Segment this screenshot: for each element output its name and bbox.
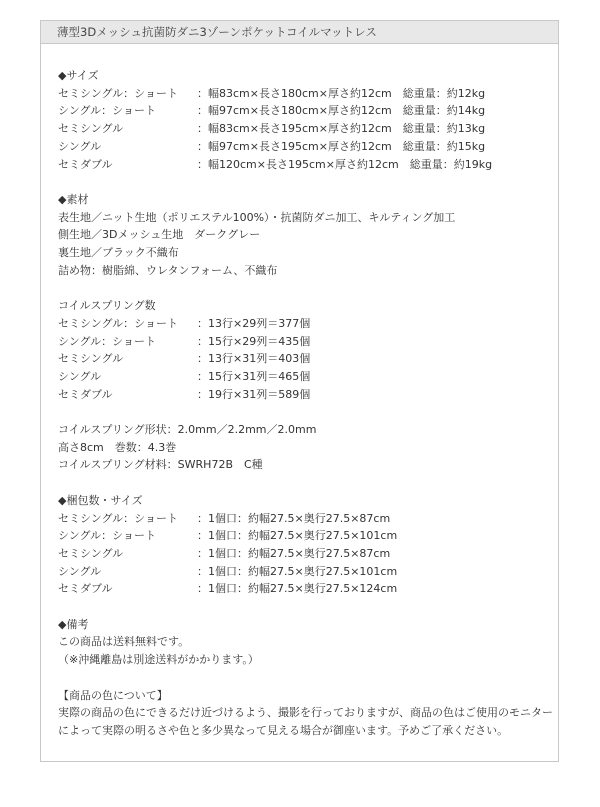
section-heading-packaging: ◆梱包数・サイズ bbox=[58, 492, 558, 510]
packaging-row: セミシングル ：1個口：約幅27.5×奥行27.5×87cm bbox=[58, 545, 558, 563]
section-heading-notes: ◆備考 bbox=[58, 616, 558, 634]
coil-spec-line: コイルスプリング形状：2.0mm／2.2mm／2.0mm bbox=[58, 421, 558, 439]
coil-count-value: ：13行×31列＝403個 bbox=[197, 350, 558, 368]
packaging-value: ：1個口：約幅27.5×奥行27.5×101cm bbox=[197, 527, 558, 545]
size-row-value: ：幅83cm×長さ195cm×厚さ約12cm 総重量：約13kg bbox=[197, 120, 558, 138]
size-row: セミシングル ：幅83cm×長さ195cm×厚さ約12cm 総重量：約13kg bbox=[58, 120, 558, 138]
packaging-row: シングル：ショート ：1個口：約幅27.5×奥行27.5×101cm bbox=[58, 527, 558, 545]
section-heading-color-notice: 【商品の色について】 bbox=[58, 687, 558, 705]
size-row-value: ：幅83cm×長さ180cm×厚さ約12cm 総重量：約12kg bbox=[197, 85, 558, 103]
coil-spec-line: 高さ8cm 巻数：4.3巻 bbox=[58, 439, 558, 457]
coil-count-value: ：19行×31列＝589個 bbox=[197, 386, 558, 404]
size-row-value: ：幅120cm×長さ195cm×厚さ約12cm 総重量：約19kg bbox=[197, 156, 558, 174]
packaging-value: ：1個口：約幅27.5×奥行27.5×101cm bbox=[197, 563, 558, 581]
packaging-row: セミダブル ：1個口：約幅27.5×奥行27.5×124cm bbox=[58, 580, 558, 598]
packaging-row: シングル ：1個口：約幅27.5×奥行27.5×101cm bbox=[58, 563, 558, 581]
size-row-label: セミダブル bbox=[58, 156, 197, 174]
size-row: シングル ：幅97cm×長さ195cm×厚さ約12cm 総重量：約15kg bbox=[58, 138, 558, 156]
material-line: 表生地／ニット生地（ポリエステル100%）・抗菌防ダニ加工、キルティング加工 bbox=[58, 209, 558, 227]
material-line: 側生地／3Dメッシュ生地 ダークグレー bbox=[58, 226, 558, 244]
coil-spec-line: コイルスプリング材料：SWRH72B C種 bbox=[58, 456, 558, 474]
material-section: ◆素材 表生地／ニット生地（ポリエステル100%）・抗菌防ダニ加工、キルティング… bbox=[58, 191, 558, 280]
coil-count-label: セミシングル bbox=[58, 350, 197, 368]
color-notice-section: 【商品の色について】 実際の商品の色にできるだけ近づけるよう、撮影を行っておりま… bbox=[58, 687, 558, 740]
packaging-value: ：1個口：約幅27.5×奥行27.5×87cm bbox=[197, 545, 558, 563]
coil-spec-section: コイルスプリング形状：2.0mm／2.2mm／2.0mm 高さ8cm 巻数：4.… bbox=[58, 421, 558, 474]
color-notice-text: 実際の商品の色にできるだけ近づけるよう、撮影を行っておりますが、商品の色はご使用… bbox=[58, 704, 553, 739]
size-row: シングル：ショート ：幅97cm×長さ180cm×厚さ約12cm 総重量：約14… bbox=[58, 102, 558, 120]
section-heading-coil-count: コイルスプリング数 bbox=[58, 297, 558, 315]
product-title-bar: 薄型3Dメッシュ抗菌防ダニ3ゾーンポケットコイルマットレス bbox=[41, 21, 558, 44]
size-section: ◆サイズ セミシングル：ショート ：幅83cm×長さ180cm×厚さ約12cm … bbox=[58, 67, 558, 173]
packaging-value: ：1個口：約幅27.5×奥行27.5×124cm bbox=[197, 580, 558, 598]
product-title: 薄型3Dメッシュ抗菌防ダニ3ゾーンポケットコイルマットレス bbox=[57, 25, 377, 39]
coil-count-row: シングル ：15行×31列＝465個 bbox=[58, 368, 558, 386]
size-row-label: シングル bbox=[58, 138, 197, 156]
material-line: 裏生地／ブラック不織布 bbox=[58, 244, 558, 262]
section-heading-size: ◆サイズ bbox=[58, 67, 558, 85]
coil-count-row: セミダブル ：19行×31列＝589個 bbox=[58, 386, 558, 404]
notes-line: （※沖縄離島は別途送料がかかります。） bbox=[58, 651, 558, 669]
material-line: 詰め物：樹脂綿、ウレタンフォーム、不織布 bbox=[58, 262, 558, 280]
size-row-label: セミシングル bbox=[58, 120, 197, 138]
packaging-label: シングル：ショート bbox=[58, 527, 197, 545]
coil-count-value: ：15行×29列＝435個 bbox=[197, 333, 558, 351]
size-row: セミダブル ：幅120cm×長さ195cm×厚さ約12cm 総重量：約19kg bbox=[58, 156, 558, 174]
coil-count-label: シングル：ショート bbox=[58, 333, 197, 351]
size-row: セミシングル：ショート ：幅83cm×長さ180cm×厚さ約12cm 総重量：約… bbox=[58, 85, 558, 103]
packaging-label: セミシングル：ショート bbox=[58, 510, 197, 528]
coil-count-value: ：15行×31列＝465個 bbox=[197, 368, 558, 386]
section-heading-material: ◆素材 bbox=[58, 191, 558, 209]
coil-count-label: シングル bbox=[58, 368, 197, 386]
coil-count-row: セミシングル ：13行×31列＝403個 bbox=[58, 350, 558, 368]
size-row-value: ：幅97cm×長さ180cm×厚さ約12cm 総重量：約14kg bbox=[197, 102, 558, 120]
packaging-section: ◆梱包数・サイズ セミシングル：ショート ：1個口：約幅27.5×奥行27.5×… bbox=[58, 492, 558, 598]
notes-section: ◆備考 この商品は送料無料です。 （※沖縄離島は別途送料がかかります。） bbox=[58, 616, 558, 669]
size-row-label: シングル：ショート bbox=[58, 102, 197, 120]
notes-line: この商品は送料無料です。 bbox=[58, 633, 558, 651]
spec-box: 薄型3Dメッシュ抗菌防ダニ3ゾーンポケットコイルマットレス ◆サイズ セミシング… bbox=[40, 20, 559, 762]
coil-count-label: セミシングル：ショート bbox=[58, 315, 197, 333]
packaging-row: セミシングル：ショート ：1個口：約幅27.5×奥行27.5×87cm bbox=[58, 510, 558, 528]
packaging-label: シングル bbox=[58, 563, 197, 581]
coil-count-label: セミダブル bbox=[58, 386, 197, 404]
packaging-label: セミシングル bbox=[58, 545, 197, 563]
packaging-value: ：1個口：約幅27.5×奥行27.5×87cm bbox=[197, 510, 558, 528]
coil-count-value: ：13行×29列＝377個 bbox=[197, 315, 558, 333]
size-row-value: ：幅97cm×長さ195cm×厚さ約12cm 総重量：約15kg bbox=[197, 138, 558, 156]
spec-body: ◆サイズ セミシングル：ショート ：幅83cm×長さ180cm×厚さ約12cm … bbox=[41, 44, 558, 740]
coil-count-section: コイルスプリング数 セミシングル：ショート ：13行×29列＝377個 シングル… bbox=[58, 297, 558, 403]
packaging-label: セミダブル bbox=[58, 580, 197, 598]
coil-count-row: セミシングル：ショート ：13行×29列＝377個 bbox=[58, 315, 558, 333]
size-row-label: セミシングル：ショート bbox=[58, 85, 197, 103]
coil-count-row: シングル：ショート ：15行×29列＝435個 bbox=[58, 333, 558, 351]
